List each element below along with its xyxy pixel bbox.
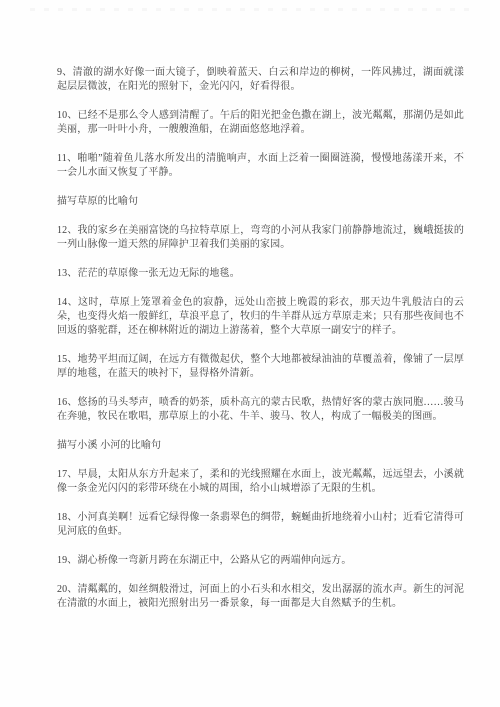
sentence-item-19: 19、湖心桥像一弯新月跨在东湖正中，公路从它的两端伸向远方。 — [57, 554, 464, 568]
sentence-item-18: 18、小河真美啊！远看它绿得像一条翡翠色的绸带，蜿蜒曲折地绕着小山村；近看它清得… — [57, 511, 464, 539]
sentence-item-14: 14、这时，草原上笼罩着金色的寂静，远处山峦披上晚霞的彩衣，那天边牛乳般洁白的云… — [57, 296, 464, 338]
sentence-item-11: 11、啪啪”随着鱼儿落水所发出的清脆响声，水面上泛着一圈圈涟漪，慢慢地荡漾开来，… — [57, 152, 464, 180]
sentence-item-10: 10、已经不是那么令人感到清醒了。午后的阳光把金色撒在湖上，波光粼粼，那湖仍是如… — [57, 109, 464, 137]
sentence-item-13: 13、茫茫的草原像一张无边无际的地毯。 — [57, 267, 464, 281]
document-text-column: 9、清澈的湖水好像一面大镜子，倒映着蓝天、白云和岸边的柳树，一阵风拂过，湖面就漾… — [57, 66, 464, 626]
sentence-item-15: 15、地势平坦而辽阔，在远方有微微起伏，整个大地都被绿油油的草覆盖着，像铺了一层… — [57, 353, 464, 381]
sentence-item-17: 17、早晨，太阳从东方升起来了，柔和的光线照耀在水面上，波光粼粼，远远望去，小溪… — [57, 468, 464, 496]
section-header-grassland: 描写草原的比喻句 — [57, 195, 464, 209]
section-header-stream-river: 描写小溪 小河的比喻句 — [57, 439, 464, 453]
sentence-item-9: 9、清澈的湖水好像一面大镜子，倒映着蓝天、白云和岸边的柳树，一阵风拂过，湖面就漾… — [57, 66, 464, 94]
scanned-document-page: 9、清澈的湖水好像一面大镜子，倒映着蓝天、白云和岸边的柳树，一阵风拂过，湖面就漾… — [0, 0, 500, 707]
scan-artifact-line — [30, 8, 470, 11]
sentence-item-20: 20、清粼粼的，如丝绸般滑过，河面上的小石头和水相交，发出潺潺的流水声。新生的河… — [57, 583, 464, 611]
sentence-item-12: 12、我的家乡在美丽富饶的乌拉特草原上，弯弯的小河从我家门前静静地流过，巍峨挺拔… — [57, 224, 464, 252]
sentence-item-16: 16、悠扬的马头琴声，喷香的奶茶，质朴高亢的蒙古民歌，热情好客的蒙古族同胞……骏… — [57, 396, 464, 424]
